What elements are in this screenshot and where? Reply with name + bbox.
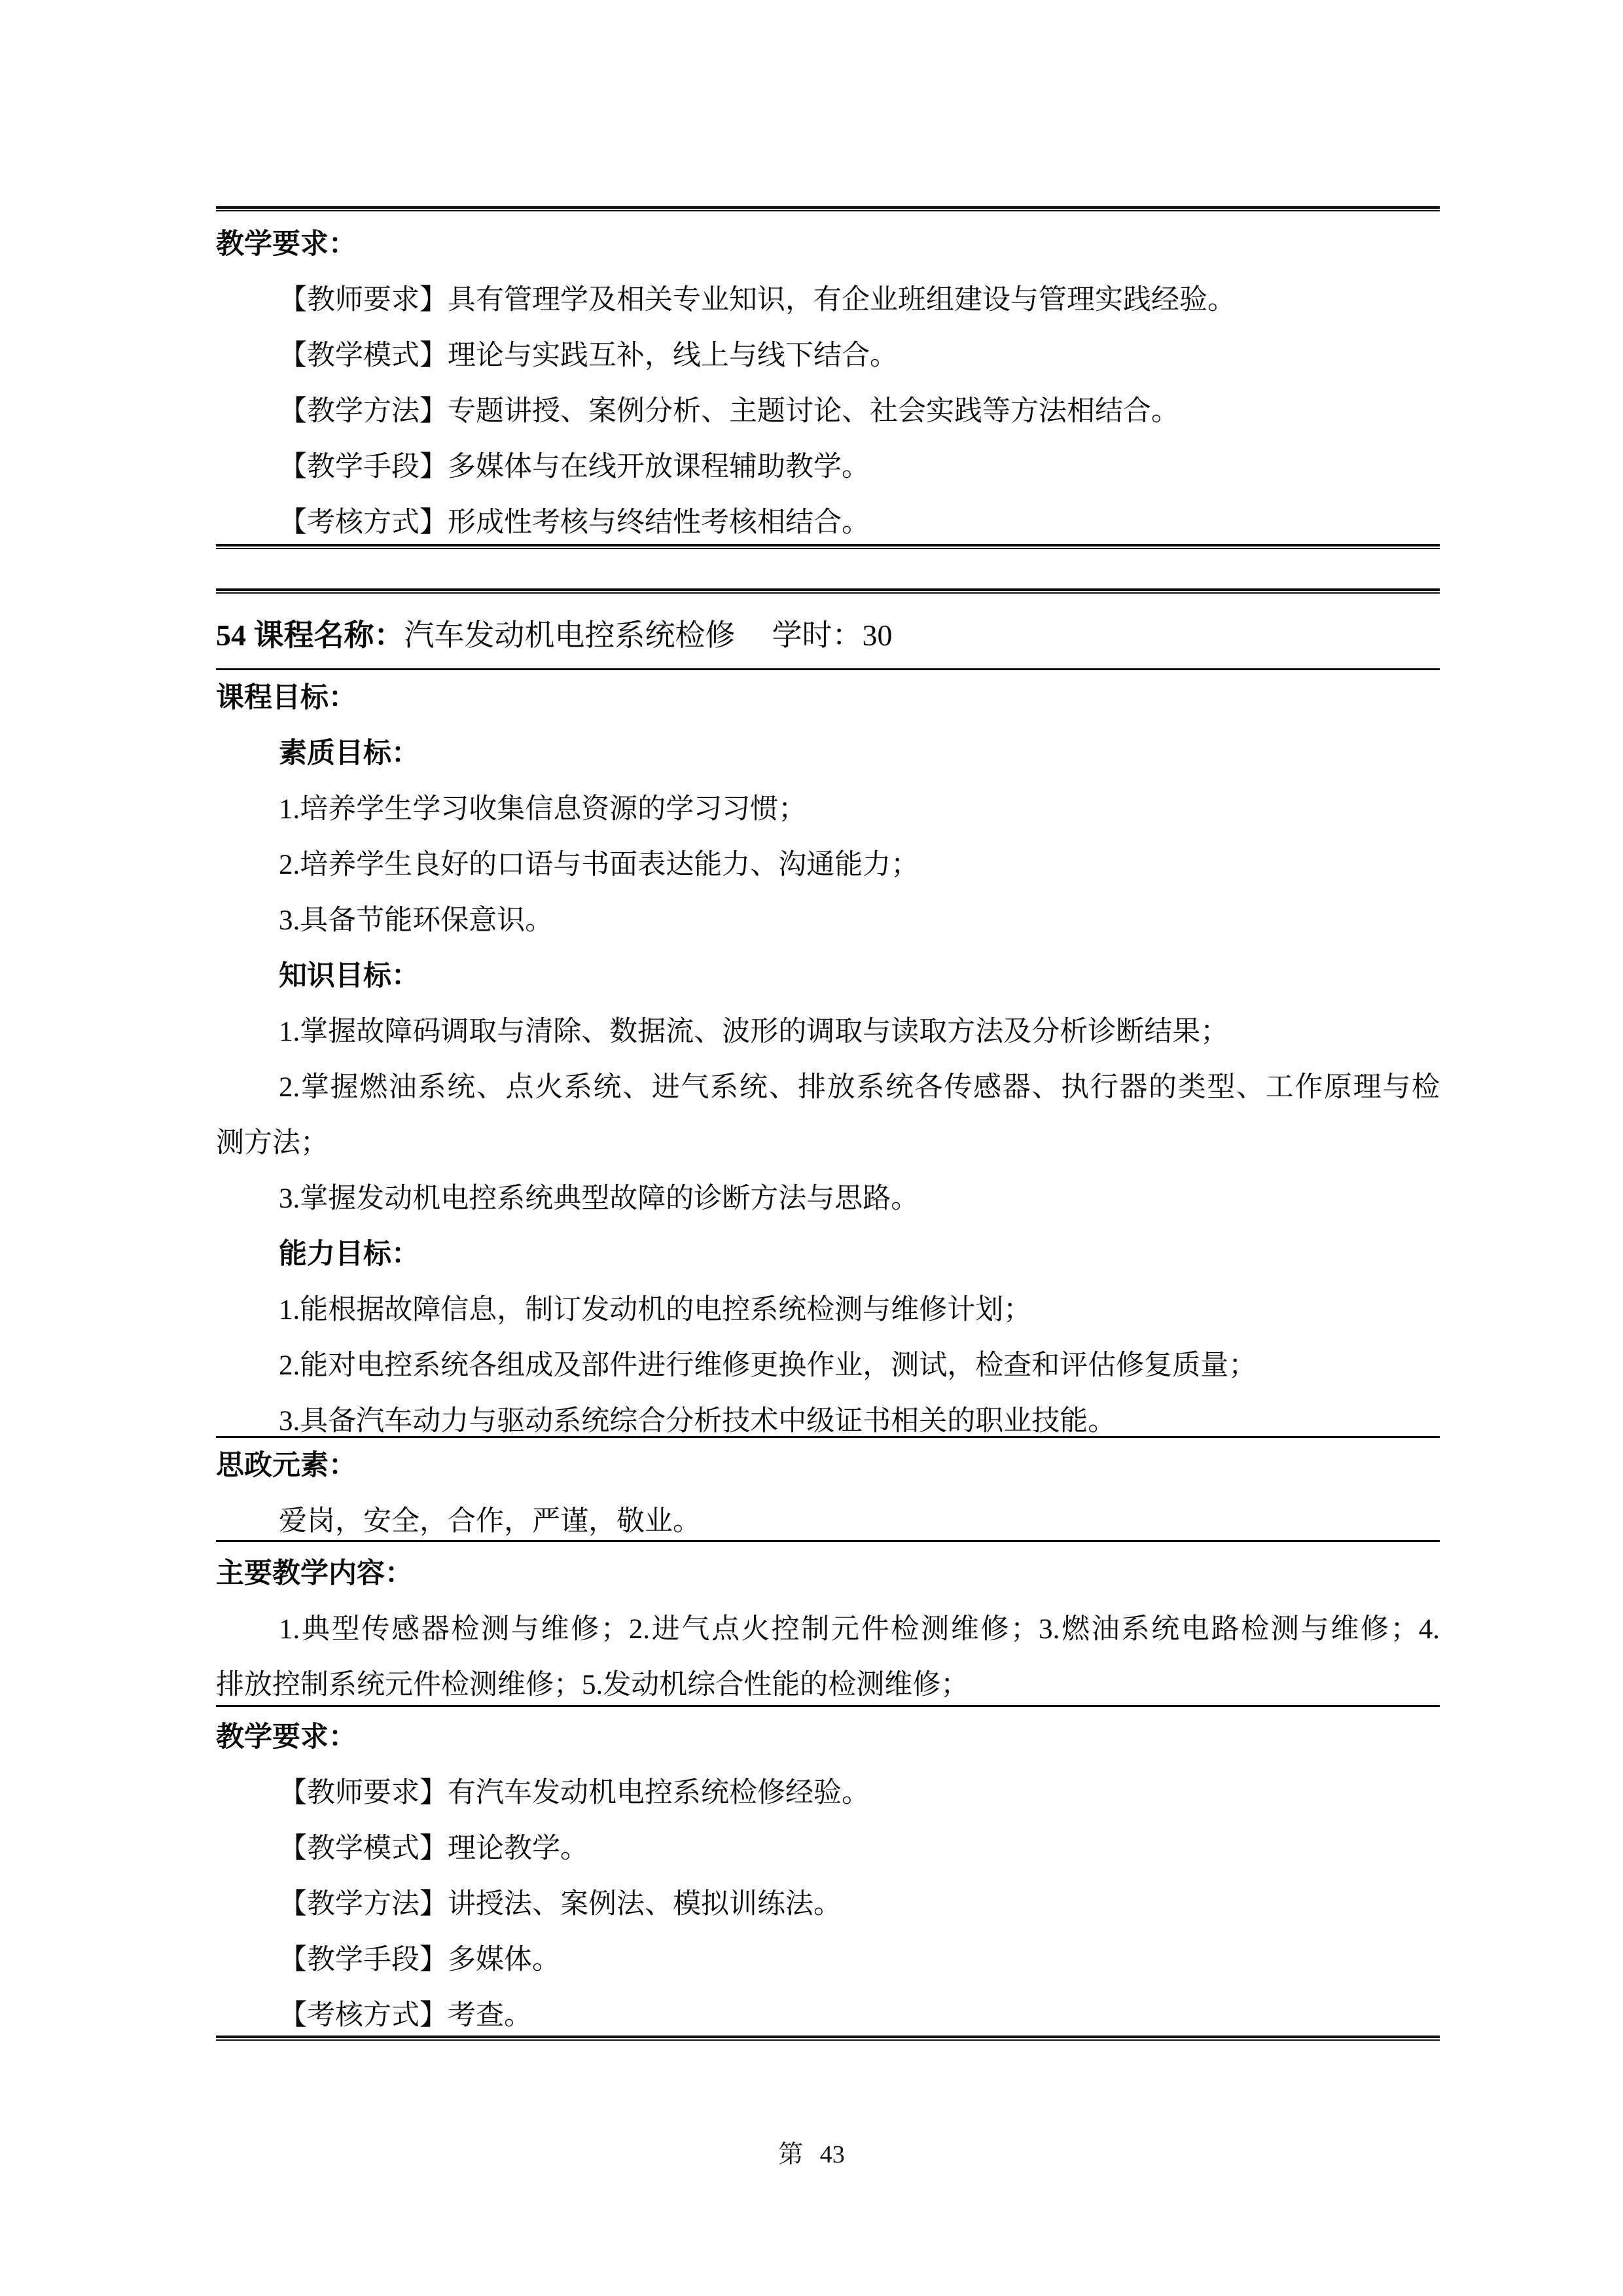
- quality-objective-item: 3.具备节能环保意识。: [216, 893, 1440, 948]
- course-number-label: 54 课程名称：: [216, 619, 404, 652]
- teaching-means-item: 【教学手段】多媒体。: [216, 1932, 1440, 1988]
- prev-teaching-requirements-heading: 教学要求：: [216, 217, 1440, 272]
- main-content-heading: 主要教学内容：: [216, 1546, 1440, 1602]
- section-divider-open: [216, 588, 1440, 594]
- quality-objectives-heading: 素质目标：: [216, 726, 1440, 781]
- teaching-method-item: 【教学方法】讲授法、案例法、模拟训练法。: [216, 1876, 1440, 1932]
- course-hours-label: 学时：: [772, 619, 863, 652]
- ability-objective-item: 1.能根据故障信息，制订发动机的电控系统检测与维修计划；: [216, 1282, 1440, 1338]
- teaching-mode-item: 【教学模式】理论教学。: [216, 1821, 1440, 1876]
- prev-teacher-requirement-item: 【教师要求】具有管理学及相关专业知识，有企业班组建设与管理实践经验。: [216, 272, 1440, 328]
- ability-objective-item: 2.能对电控系统各组成及部件进行维修更换作业，测试，检查和评估修复质量；: [216, 1338, 1440, 1393]
- section-divider-top: [216, 206, 1440, 211]
- quality-objective-item: 1.培养学生学习收集信息资源的学习习惯；: [216, 781, 1440, 837]
- course-hours-value: 30: [863, 619, 893, 652]
- course-name: 汽车发动机电控系统检修: [404, 619, 736, 652]
- prev-teaching-method-item: 【教学方法】专题讲授、案例分析、主题讨论、社会实践等方法相结合。: [216, 384, 1440, 439]
- knowledge-objective-item-wrapped-line2: 测方法；: [216, 1115, 1440, 1171]
- knowledge-objective-item: 3.掌握发动机电控系统典型故障的诊断方法与思路。: [216, 1171, 1440, 1227]
- main-content-line1: 1.典型传感器检测与维修；2.进气点火控制元件检测维修；3.燃油系统电路检测与维…: [216, 1602, 1440, 1657]
- prev-assessment-item: 【考核方式】形成性考核与终结性考核相结合。: [216, 495, 1440, 550]
- document-page: 教学要求： 【教师要求】具有管理学及相关专业知识，有企业班组建设与管理实践经验。…: [0, 0, 1623, 2296]
- prev-teaching-means-item: 【教学手段】多媒体与在线开放课程辅助教学。: [216, 439, 1440, 495]
- teacher-requirement-item: 【教师要求】有汽车发动机电控系统检修经验。: [216, 1765, 1440, 1821]
- prev-teaching-mode-item: 【教学模式】理论与实践互补，线上与线下结合。: [216, 328, 1440, 384]
- page-number: 第 43: [0, 2139, 1623, 2170]
- quality-objective-item: 2.培养学生良好的口语与书面表达能力、沟通能力；: [216, 837, 1440, 893]
- teaching-requirements-heading: 教学要求：: [216, 1710, 1440, 1765]
- document-content: 教学要求： 【教师要求】具有管理学及相关专业知识，有企业班组建设与管理实践经验。…: [216, 206, 1440, 2041]
- course-title-row: 54 课程名称：汽车发动机电控系统检修学时：30: [216, 603, 1440, 668]
- knowledge-objective-item-wrapped-line1: 2.掌握燃油系统、点火系统、进气系统、排放系统各传感器、执行器的类型、工作原理与…: [216, 1060, 1440, 1115]
- knowledge-objectives-heading: 知识目标：: [216, 948, 1440, 1004]
- ability-objectives-heading: 能力目标：: [216, 1227, 1440, 1282]
- course-objectives-heading: 课程目标：: [216, 670, 1440, 726]
- knowledge-objective-item: 1.掌握故障码调取与清除、数据流、波形的调取与读取方法及分析诊断结果；: [216, 1004, 1440, 1060]
